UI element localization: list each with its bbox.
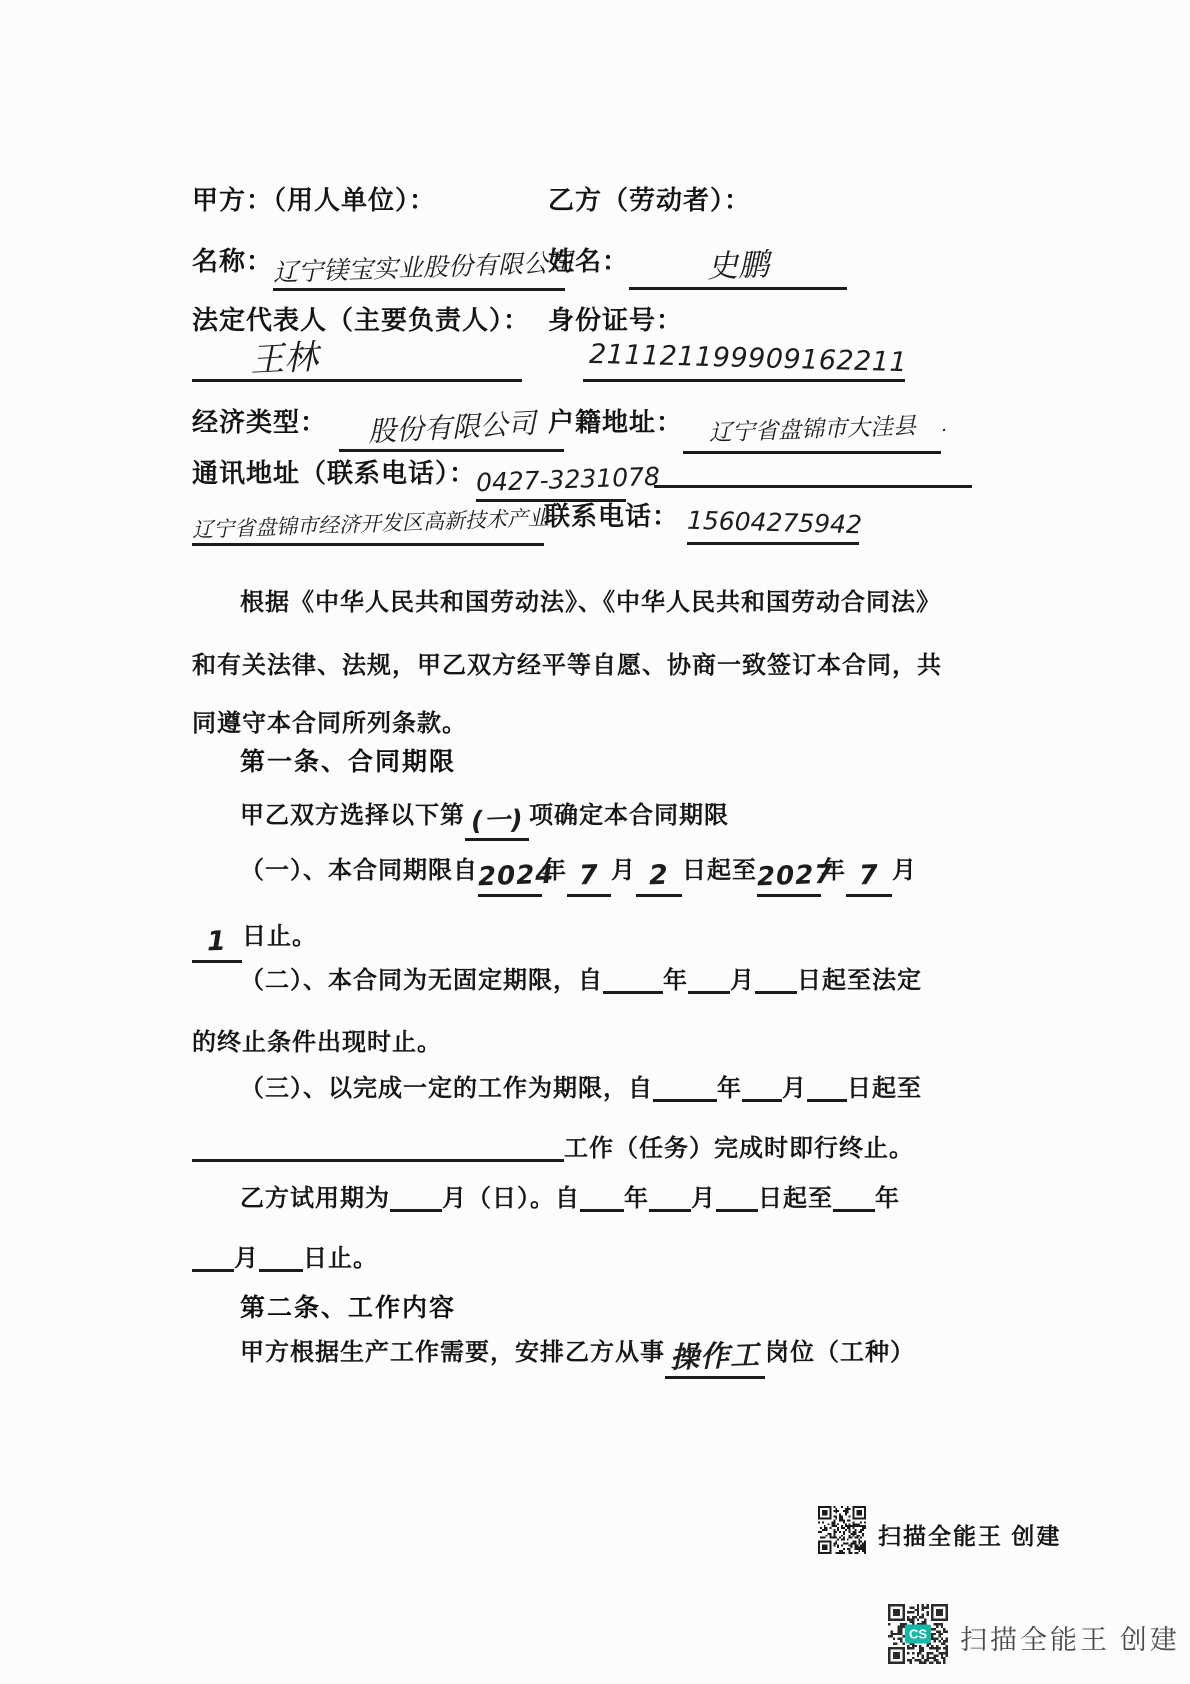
handwritten-economic-type: 股份有限公司 (367, 403, 537, 454)
term-select-field: (一) (465, 804, 529, 841)
handwritten-id-number: 211121199909162211 (588, 332, 907, 386)
blank-field (649, 1183, 691, 1212)
blank-field (742, 1073, 782, 1102)
party-a-label: 甲方：（用人单位）： (192, 180, 436, 217)
company-address-row: 辽宁省盘锦市经济开发区高新技术产业联系电话：15604275942 (192, 496, 859, 546)
contact-address-label: 通讯地址（联系电话）： (192, 458, 476, 488)
job-title-field: 操作工 (665, 1336, 765, 1379)
handwritten-worker-name: 史鹏 (706, 244, 769, 288)
scanned-contract-page: 甲方：（用人单位）： 乙方（劳动者）： 名称：辽宁镁宝实业股份有限公司 姓名：史… (0, 0, 1190, 1684)
economic-type-field: 股份有限公司 (339, 407, 564, 452)
trial-prefix: 乙方试用期为 (240, 1185, 390, 1212)
work-prefix: 甲方根据生产工作需要，安排乙方从事 (240, 1339, 665, 1366)
economic-type-row: 经济类型：股份有限公司 (192, 402, 564, 452)
id-number-row: 211121199909162211 (583, 336, 905, 382)
article2-heading: 第二条、工作内容 (240, 1288, 456, 1324)
work-suffix: 岗位（工种） (765, 1339, 915, 1366)
end-month-field: 7 (846, 858, 892, 897)
month-char: 月 (611, 857, 636, 884)
qr-code-icon: CS (888, 1604, 948, 1664)
handwritten-end-day: 1 (206, 924, 227, 961)
day-stop-chars: 日止。 (242, 923, 317, 950)
year-char-5: 年 (624, 1185, 649, 1212)
company-name-row: 名称：辽宁镁宝实业股份有限公司 (192, 241, 565, 291)
blank-field (716, 1183, 758, 1212)
contact-address-row: 通讯地址（联系电话）：0427-3231078 (192, 453, 972, 502)
trial-mid: 月（日）。自 (442, 1185, 580, 1212)
month-char-5: 月 (691, 1185, 716, 1212)
preamble-line-1: 根据《中华人民共和国劳动法》、《中华人民共和国劳动合同法》 (240, 582, 941, 617)
legal-rep-field: 王林 (192, 336, 522, 382)
blank-field (603, 965, 663, 994)
day-to-chars: 日起至 (682, 857, 757, 884)
worker-name-field: 史鹏 (629, 245, 847, 290)
handwritten-end-year: 2027 (756, 857, 834, 896)
camscanner-logo-badge: CS (905, 1625, 931, 1644)
handwritten-legal-rep: 王林 (249, 334, 319, 383)
work-content-line: 甲方根据生产工作需要，安排乙方从事操作工岗位（工种） (240, 1332, 915, 1379)
year-char-4: 年 (717, 1075, 742, 1102)
handwritten-company-address: 辽宁省盘锦市经济开发区高新技术产业 (191, 499, 549, 549)
company-address-field: 辽宁省盘锦市经济开发区高新技术产业 (192, 505, 544, 546)
company-name-field: 辽宁镁宝实业股份有限公司 (273, 248, 565, 291)
phone-number-field: 15604275942 (687, 504, 859, 545)
party-b-label: 乙方（劳动者）： (548, 180, 751, 217)
blank-field (833, 1183, 875, 1212)
handwritten-start-day: 2 (648, 858, 669, 895)
blank-field (653, 1073, 717, 1102)
preamble-line-2: 和有关法律、法规，甲乙双方经平等自愿、协商一致签订本合同，共 (192, 645, 942, 680)
clause2-line-2: 的终止条件出现时止。 (192, 1022, 442, 1057)
household-address-row: 户籍地址：辽宁省盘锦市大洼县． (548, 402, 959, 454)
month-char-2: 月 (892, 857, 917, 884)
blank-field (688, 965, 730, 994)
term-select-prefix: 甲乙双方选择以下第 (240, 802, 465, 829)
clause3-line-2: 工作（任务）完成时即行终止。 (192, 1128, 914, 1163)
trial-period-line-1: 乙方试用期为月（日）。自年月日起至年 (240, 1178, 900, 1213)
start-year-field: 2024 (478, 858, 542, 897)
worker-name-label: 姓名： (548, 246, 629, 276)
end-day-field: 1 (192, 924, 242, 963)
id-number-label: 身份证号： (548, 300, 683, 337)
clause3-line2-text: 工作（任务）完成时即行终止。 (564, 1135, 914, 1162)
clause3-prefix: （三）、以完成一定的工作为期限，自 (240, 1075, 653, 1102)
day-to-chars-2: 日起至 (758, 1185, 833, 1212)
article1-heading: 第一条、合同期限 (240, 742, 456, 778)
handwritten-term-option: (一) (470, 803, 524, 839)
household-address-label: 户籍地址： (548, 407, 683, 437)
clause1-line-2: 1日止。 (192, 916, 317, 963)
clause2-line-1: （二）、本合同为无固定期限，自年月日起至法定 (240, 960, 922, 995)
term-select-suffix: 项确定本合同期限 (529, 802, 729, 829)
trial-year-end: 年 (875, 1185, 900, 1212)
handwritten-start-year: 2024 (477, 857, 555, 896)
clause2-prefix: （二）、本合同为无固定期限，自 (240, 967, 603, 994)
worker-name-row: 姓名：史鹏 (548, 241, 847, 290)
legal-rep-label: 法定代表人（主要负责人）： (192, 300, 530, 337)
blank-field (580, 1183, 624, 1212)
camscanner-watermark-text: 扫描全能王 创建 (878, 1518, 1061, 1551)
month-char-3: 月 (730, 967, 755, 994)
company-name-label: 名称： (192, 246, 273, 276)
blank-field (259, 1243, 303, 1272)
term-select-line: 甲乙双方选择以下第(一)项确定本合同期限 (240, 795, 729, 841)
handwritten-end-month: 7 (858, 858, 879, 895)
handwritten-company-name: 辽宁镁宝实业股份有限公司 (272, 243, 573, 293)
clause1-prefix: （一）、本合同期限自 (240, 857, 478, 884)
blank-field (654, 459, 972, 488)
phone-label: 联系电话： (544, 501, 679, 531)
clause1-line-1: （一）、本合同期限自2024年7月2日起至2027年7月 (240, 850, 917, 897)
handwritten-phone-number: 15604275942 (687, 502, 863, 545)
handwritten-dot: ． (941, 411, 959, 437)
month-char-4: 月 (782, 1075, 807, 1102)
blank-field (390, 1183, 442, 1212)
blank-field (192, 1133, 564, 1162)
trial-period-line-2: 月日止。 (192, 1238, 378, 1273)
start-month-field: 7 (567, 858, 611, 897)
end-year-field: 2027 (757, 858, 821, 897)
qr-code-icon (818, 1506, 866, 1554)
clause3-line-1: （三）、以完成一定的工作为期限，自年月日起至 (240, 1068, 922, 1103)
handwritten-household-address: 辽宁省盘锦市大洼县 (708, 405, 916, 454)
blank-field (755, 965, 797, 994)
handwritten-start-month: 7 (578, 858, 599, 895)
start-day-field: 2 (636, 858, 682, 897)
day-stop-chars-2: 日止。 (303, 1245, 378, 1272)
household-address-field: 辽宁省盘锦市大洼县 (683, 409, 941, 454)
year-char-3: 年 (663, 967, 688, 994)
camscanner-watermark-text: 扫描全能王 创建 (960, 1618, 1180, 1657)
economic-type-label: 经济类型： (192, 407, 327, 437)
blank-field (807, 1073, 847, 1102)
clause2-suffix: 日起至法定 (797, 967, 922, 994)
id-number-field: 211121199909162211 (583, 336, 905, 382)
clause3-suffix: 日起至 (847, 1075, 922, 1102)
preamble-line-3: 同遵守本合同所列条款。 (192, 703, 467, 738)
legal-rep-row: 王林 (192, 336, 522, 382)
handwritten-job-title: 操作工 (669, 1334, 760, 1377)
trial-l2-month: 月 (234, 1245, 259, 1272)
blank-field (192, 1243, 234, 1272)
